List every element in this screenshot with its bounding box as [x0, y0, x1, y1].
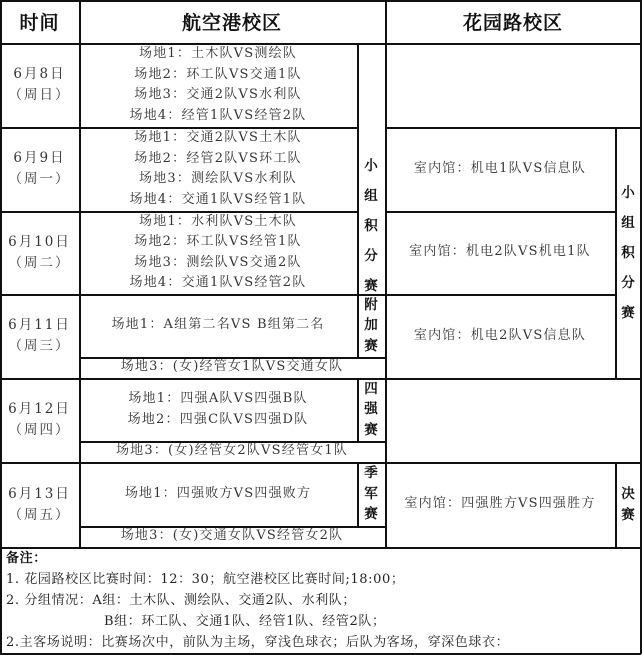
stage-label-extra: 附 加 赛 [357, 294, 385, 357]
header-time: 时间 [0, 0, 79, 43]
campus-a-women-match: 场地3：(女)经管女1队VS交通女队 [79, 357, 385, 378]
label-char: 赛 [364, 420, 378, 441]
label-char: 加 [364, 315, 378, 336]
campus-a-matches: 场地1：土木队VS测绘队 场地2：环工队VS交通1队 场地3：交通2队VS水利队… [79, 43, 357, 127]
border-line [0, 653, 641, 655]
campus-b-match: 室内馆：机电2队VS信息队 [385, 294, 615, 378]
match-line: 场地3：(女)经管女2队VS经管女1队 [116, 441, 348, 462]
match-line: 场地1：A组第二名VS B组第二名 [111, 315, 324, 336]
label-char: 积 [621, 238, 635, 268]
label-char: 小 [364, 151, 378, 181]
label-char: 决 [621, 484, 635, 505]
date-cell: 6月9日 （周一） [0, 127, 79, 211]
label-char: 赛 [621, 505, 635, 526]
row-line [0, 462, 385, 464]
label-char: 小 [621, 178, 635, 208]
col-line [357, 378, 359, 441]
label-char: 积 [364, 211, 378, 241]
date-cell: 6月12日 （周四） [0, 378, 79, 462]
label-char: 军 [364, 484, 378, 505]
campus-b-match: 室内馆：机电2队VS机电1队 [385, 211, 615, 294]
date-text: 6月12日 [8, 399, 71, 420]
stage-label-final: 决 赛 [615, 462, 641, 547]
date-cell: 6月8日 （周日） [0, 43, 79, 127]
campus-b-match: 室内馆：四强胜方VS四强胜方 [385, 462, 615, 547]
border-line [0, 0, 2, 654]
match-line: 场地4：交通1队VS经管2队 [130, 273, 307, 294]
label-char: 四 [364, 379, 378, 400]
match-line: 场地2：经管2队VS环工队 [134, 149, 301, 170]
col-line [79, 0, 81, 547]
campus-b-match: 室内馆：机电1队VS信息队 [385, 127, 615, 211]
label-char: 季 [364, 463, 378, 484]
label-char: 组 [621, 208, 635, 238]
row-line [0, 211, 357, 213]
row-line [0, 294, 385, 296]
campus-a-matches: 场地1：四强败方VS四强败方 [79, 462, 357, 526]
match-line: 场地1：四强A队VS四强B队 [128, 389, 307, 410]
label-char: 组 [364, 181, 378, 211]
row-line [79, 357, 385, 359]
campus-a-women-match: 场地3：(女)交通女队VS经管女2队 [79, 526, 385, 547]
notes-line: B组：环工队、交通1队、经管1队、经管2队； [6, 611, 636, 632]
label-char: 赛 [364, 504, 378, 525]
border-line [640, 0, 642, 654]
date-cell: 6月11日 （周三） [0, 294, 79, 378]
match-line: 场地2：四强C队VS四强D队 [128, 410, 309, 431]
notes-line: 2. 分组情况：A组：土木队、测绘队、交通2队、水利队； [6, 590, 636, 611]
row-line [385, 462, 641, 464]
row-line [79, 441, 385, 443]
notes-title: 备注： [6, 548, 636, 569]
campus-b-match-empty [385, 43, 641, 127]
date-text: 6月13日 [8, 484, 71, 505]
row-line [385, 294, 615, 296]
date-cell: 6月13日 （周五） [0, 462, 79, 547]
weekday-text: （周五） [9, 505, 71, 526]
weekday-text: （周日） [9, 85, 71, 106]
row-line [0, 378, 385, 380]
stage-label-third: 季 军 赛 [357, 462, 385, 526]
weekday-text: （周一） [9, 169, 71, 190]
label-char: 赛 [621, 298, 635, 328]
stage-label-semi: 四 强 赛 [357, 378, 385, 441]
match-line: 场地1：交通2队VS土木队 [134, 128, 301, 149]
schedule-table: 时间 航空港校区 花园路校区 6月8日 （周日） 6月9日 （周一） 6月10日… [0, 0, 641, 654]
match-line: 场地1：水利队VS土木队 [139, 212, 297, 233]
notes-line: 2.主客场说明：比赛场次中，前队为主场，穿浅色球衣；后队为客场，穿深色球衣： [6, 632, 636, 653]
campus-a-matches: 场地1：A组第二名VS B组第二名 [79, 294, 357, 357]
match-line: 场地2：环工队VS经管1队 [134, 232, 301, 253]
campus-a-matches: 场地1：交通2队VS土木队 场地2：经管2队VS环工队 场地3：测绘队VS水利队… [79, 127, 357, 211]
match-line: 场地4：交通1队VS经管1队 [130, 190, 307, 211]
notes-section: 备注： 1. 花园路校区比赛时间：12：30；航空港校区比赛时间;18:00； … [6, 548, 636, 653]
date-cell: 6月10日 （周二） [0, 211, 79, 294]
stage-label-group: 小 组 积 分 赛 [357, 43, 385, 294]
border-line [0, 0, 641, 2]
campus-a-matches: 场地1：水利队VS土木队 场地2：环工队VS经管1队 场地3：测绘队VS交通2队… [79, 211, 357, 294]
col-line [615, 127, 617, 378]
header-campus-huayuanlu: 花园路校区 [385, 0, 641, 43]
match-line: 场地3：测绘队VS水利队 [139, 169, 297, 190]
date-text: 6月11日 [8, 315, 71, 336]
label-char: 分 [621, 268, 635, 298]
row-line [385, 127, 641, 129]
match-line: 场地3：测绘队VS交通2队 [134, 253, 301, 274]
weekday-text: （周三） [9, 336, 71, 357]
campus-a-women-match: 场地3：(女)经管女2队VS经管女1队 [79, 441, 385, 462]
match-line: 场地4：经管1队VS经管2队 [130, 106, 307, 127]
col-line [357, 462, 359, 526]
weekday-text: （周二） [9, 253, 71, 274]
row-line [0, 43, 641, 45]
label-char: 强 [364, 399, 378, 420]
match-line: 场地1：四强败方VS四强败方 [125, 484, 311, 505]
match-line: 场地2：环工队VS交通1队 [134, 65, 301, 86]
row-line [385, 211, 615, 213]
notes-line: 1. 花园路校区比赛时间：12：30；航空港校区比赛时间;18:00； [6, 569, 636, 590]
col-line [385, 0, 387, 547]
date-text: 6月9日 [13, 148, 65, 169]
date-text: 6月10日 [8, 232, 71, 253]
match-line: 场地3：(女)交通女队VS经管女2队 [121, 526, 344, 547]
weekday-text: （周四） [9, 420, 71, 441]
col-line [357, 43, 359, 357]
match-line: 场地3：交通2队VS水利队 [134, 85, 301, 106]
header-campus-hangkonggang: 航空港校区 [79, 0, 385, 43]
label-char: 分 [364, 241, 378, 271]
date-text: 6月8日 [13, 64, 65, 85]
row-line [385, 378, 641, 380]
match-line: 场地1：土木队VS测绘队 [139, 44, 297, 65]
label-char: 赛 [364, 336, 378, 357]
stage-label-group-b: 小 组 积 分 赛 [615, 127, 641, 378]
row-line [79, 526, 385, 528]
campus-b-match-empty [385, 378, 641, 462]
row-line [0, 127, 357, 129]
label-char: 附 [364, 295, 378, 316]
campus-a-matches: 场地1：四强A队VS四强B队 场地2：四强C队VS四强D队 [79, 378, 357, 441]
match-line: 场地3：(女)经管女1队VS交通女队 [121, 357, 344, 378]
col-line [615, 462, 617, 547]
